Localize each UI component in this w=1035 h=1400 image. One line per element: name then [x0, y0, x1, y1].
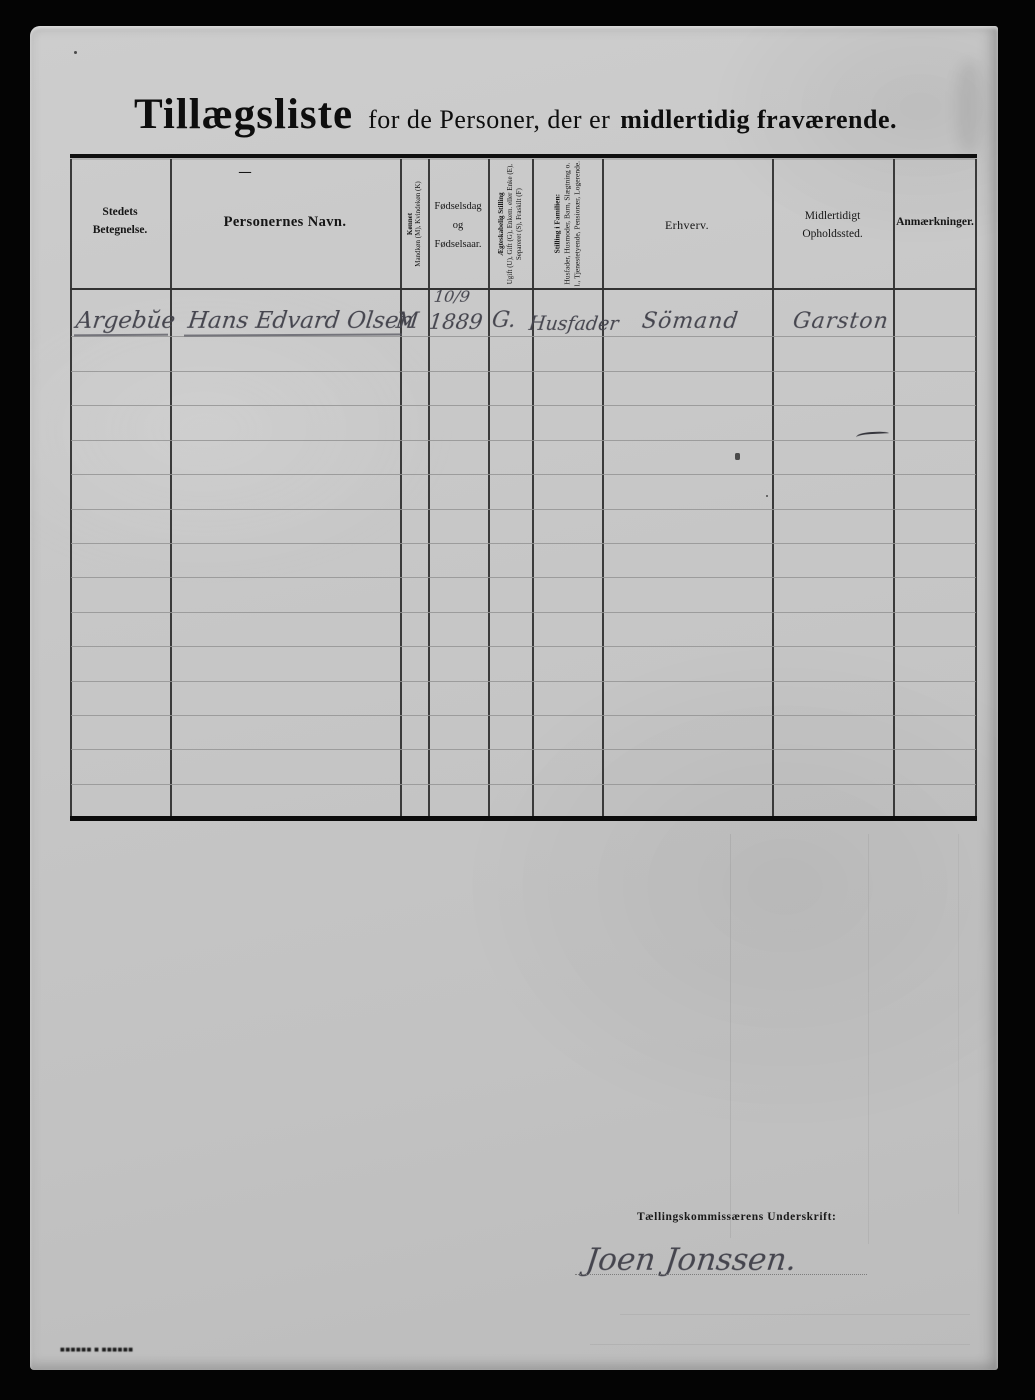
familie-label: Stilling i Familien: [552, 161, 562, 287]
entry-opholdssted: Garston [791, 309, 890, 334]
row-line [71, 749, 976, 750]
commissioner-signature: Joen Jonssen. [584, 1242, 799, 1278]
table-column-line [170, 159, 172, 818]
column-header-stedets-betegnelse: Stedets Betegnelse. [76, 204, 164, 240]
show-through-line [868, 834, 869, 1244]
smudge [956, 62, 982, 152]
show-through-line [958, 834, 959, 1214]
title-rule [70, 154, 977, 158]
kjonnet-label: Kønnet [406, 161, 414, 287]
row-line [71, 509, 976, 510]
row-line [71, 612, 976, 613]
row-line [71, 681, 976, 682]
show-through-line [730, 834, 731, 1238]
entry-sted: Argebŭe [74, 308, 176, 334]
page-title-main: Tillægsliste [134, 90, 353, 139]
row-line [71, 577, 976, 578]
familie-codes: Husfader, Husmoder, Barn, Slægtning o. l… [562, 161, 582, 287]
table-column-line [975, 159, 977, 818]
entry-fodselsdag: 10/9 [433, 287, 471, 306]
entry-fodselsaar: 1889 [428, 310, 484, 334]
kjonnet-codes: Mandkøn (M), Kvindekøn (K) [414, 161, 422, 287]
table-column-line [893, 159, 895, 818]
egteskab-codes: Ugift (U), Gift (G), Enkem. eller Enke (… [506, 161, 524, 287]
signature-line [575, 1274, 867, 1275]
column-header-stilling-i-familien: Stilling i Familien: Husfader, Husmoder,… [532, 159, 602, 289]
column-header-kjonnet: Kønnet Mandkøn (M), Kvindekøn (K) [400, 159, 428, 289]
row-line [71, 646, 976, 647]
column-header-egteskabelig-stilling: Ægteskabelig Stilling Ugift (U), Gift (G… [488, 159, 532, 289]
row-line [71, 784, 976, 785]
ink-speck [766, 495, 768, 497]
ink-speck [735, 453, 740, 460]
ink-speck [74, 51, 77, 54]
row-line [71, 543, 976, 544]
page-title-subtitle-bold: midlertidig fraværende. [620, 105, 897, 135]
signature-label: Tællingskommissærens Underskrift: [637, 1211, 836, 1223]
show-through-line [590, 1344, 970, 1345]
entry-egteskabelig: G. [490, 308, 517, 333]
census-form-page: Tillægsliste for de Personer, der er mid… [30, 26, 998, 1370]
row-line [71, 371, 976, 372]
table-column-line [428, 159, 430, 818]
table-column-line [602, 159, 604, 818]
row-line [71, 715, 976, 716]
entry-familiestilling: Husfader [528, 313, 620, 335]
page-title-subtitle: for de Personer, der er [368, 105, 610, 135]
entry-erhverv: Sömand [640, 309, 740, 334]
column-header-anmerkninger: Anmærkninger. [896, 216, 974, 228]
entry-navn: Hans Edvard Olsen [186, 308, 415, 334]
column-header-midlertidigt-opholdssted: Midlertidigt Opholdssted. [777, 207, 888, 244]
page-title: Tillægsliste for de Personer, der er mid… [134, 90, 897, 139]
table-column-line [70, 159, 72, 818]
scan-background: Tillægsliste for de Personer, der er mid… [0, 0, 1035, 1400]
table-bottom-line [70, 816, 977, 821]
navn-column-dash: – [229, 164, 261, 181]
egteskab-label: Ægteskabelig Stilling [497, 161, 506, 287]
table-column-line [772, 159, 774, 818]
printer-mark: ■■■■■■ ■ ■■■■■■ [60, 1347, 134, 1353]
row-line [71, 474, 976, 475]
show-through-line [620, 1314, 970, 1315]
row-line [71, 405, 976, 406]
entry-kjonn: M [394, 309, 420, 334]
column-header-fodselsdag: Fødselsdag og Fødselsaar. [429, 198, 487, 255]
column-header-personernes-navn: Personernes Navn. [180, 214, 390, 231]
column-header-erhverv: Erhverv. [612, 218, 762, 233]
ink-squiggle [856, 431, 889, 439]
row-line [71, 440, 976, 441]
